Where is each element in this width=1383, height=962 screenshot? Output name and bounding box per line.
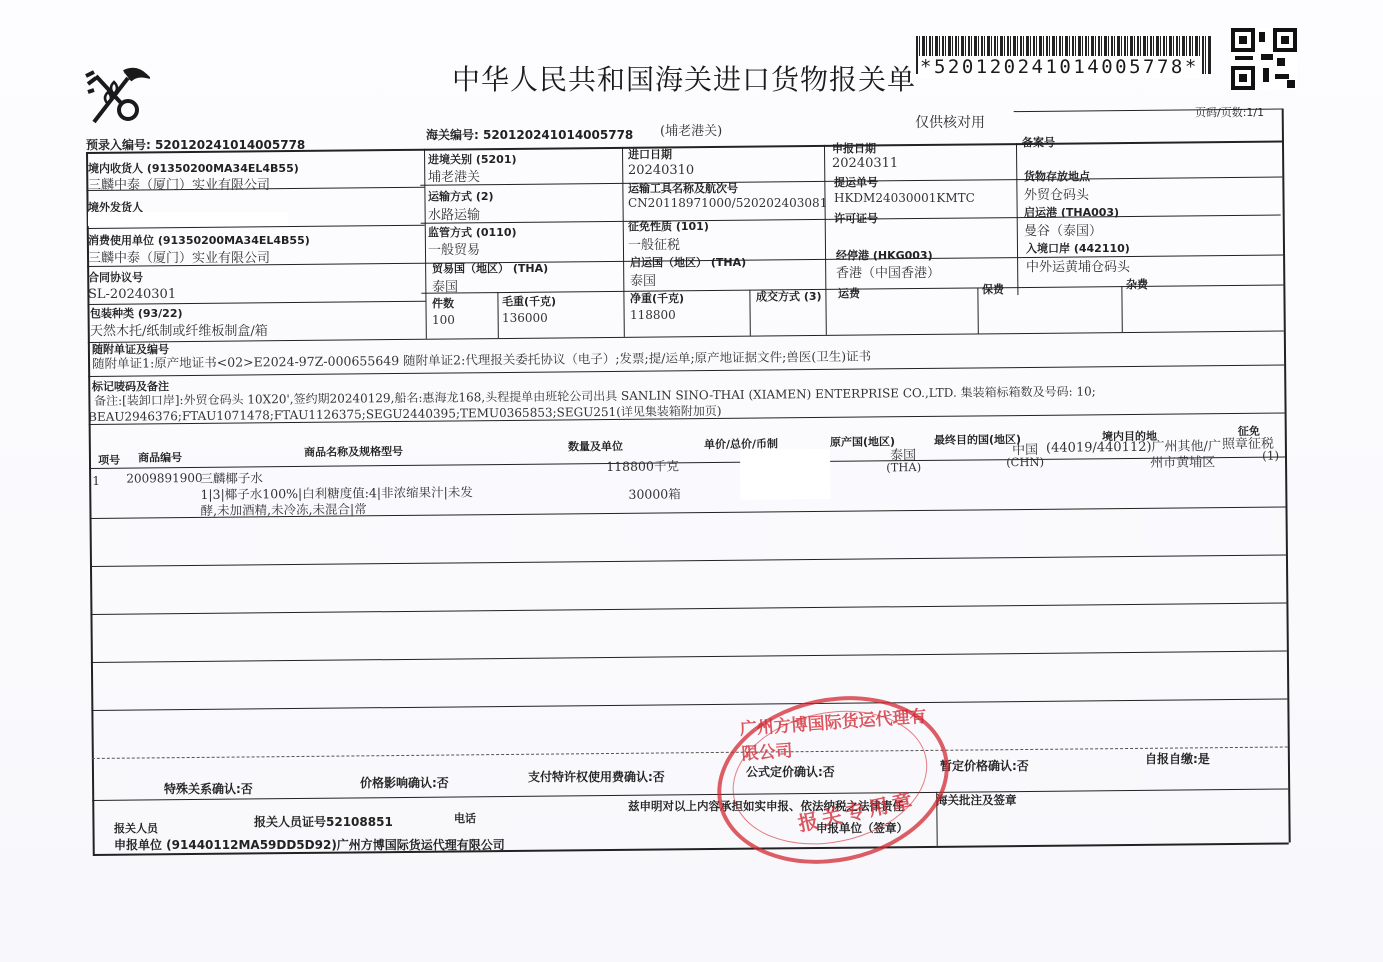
declarant-id: 报关人员证号52108851 — [254, 813, 393, 830]
royalty-confirm: 支付特许权使用费确认:否 — [528, 768, 665, 785]
declarant-label: 报关人员 — [114, 820, 158, 836]
price-influence-confirm: 价格影响确认:否 — [360, 774, 449, 791]
col-hs-code: 商品编号 — [138, 449, 182, 465]
col-name-spec: 商品名称及规格型号 — [304, 443, 403, 460]
origin-code: (THA) — [886, 460, 921, 474]
customs-sign-label: 海关批注及签章 — [936, 792, 1017, 808]
phone-label: 电话 — [454, 810, 476, 826]
special-relation-confirm: 特殊关系确认:否 — [164, 780, 253, 797]
col-quantity: 数量及单位 — [568, 438, 623, 455]
col-final-dest: 最终目的国(地区) — [934, 431, 1021, 448]
hs-code: 2009891900 — [126, 471, 202, 486]
table-row: 1 2009891900 三麟椰子水 1|3|椰子水100%|白利糖度值:4|非… — [0, 0, 1379, 1]
domestic-dest-line-2: 州市黄埔区 — [1150, 451, 1215, 471]
levy-code: (1) — [1262, 449, 1279, 463]
quantity-kg: 118800千克 — [606, 456, 679, 475]
provisional-price-confirm: 暂定价格确认:否 — [940, 757, 1029, 774]
goods-table: 项号 商品编号 商品名称及规格型号 数量及单位 单价/总价/币制 原产国(地区)… — [0, 0, 1383, 962]
goods-spec-line-2: 酵,未加酒精,未冷冻,未混合|常 — [200, 499, 366, 519]
col-item-no: 项号 — [98, 452, 120, 468]
col-origin: 原产国(地区) — [830, 433, 895, 450]
redacted-price — [740, 449, 830, 500]
self-pay-confirm: 自报自缴:是 — [1145, 750, 1210, 767]
quantity-boxes: 30000箱 — [628, 484, 680, 503]
declare-unit: 申报单位 (91440112MA59DD5D92)广州方博国际货运代理有限公司 — [114, 836, 505, 853]
customs-declaration-page: 中华人民共和国海关进口货物报关单 *520120241014005778* 页码… — [0, 0, 1383, 962]
dest-country-code: (CHN) — [1006, 455, 1044, 469]
item-no: 1 — [92, 474, 100, 488]
